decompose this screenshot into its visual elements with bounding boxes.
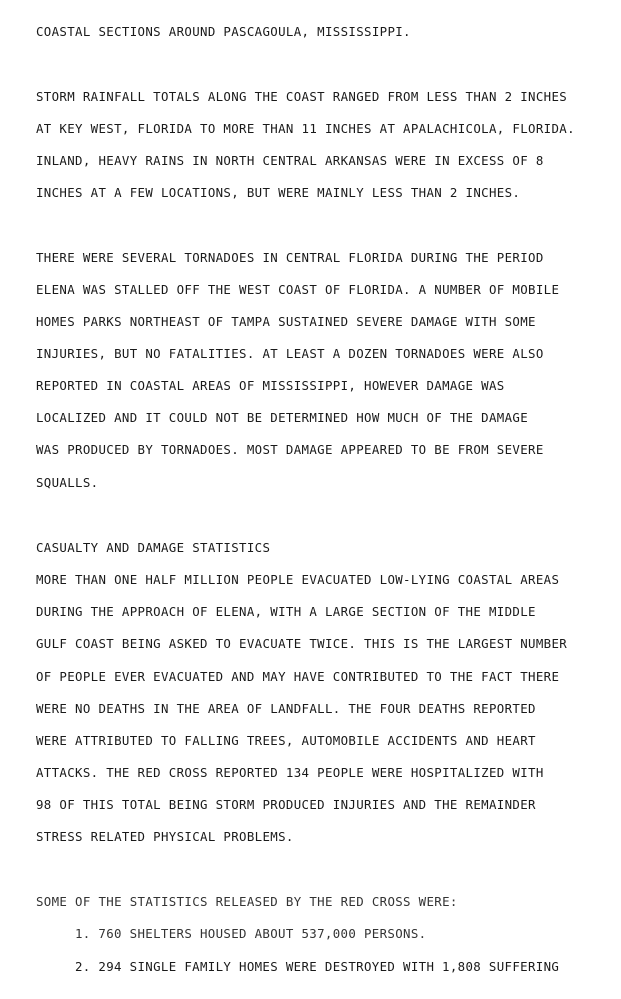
text-line: INJURIES, BUT NO FATALITIES. AT LEAST A … — [36, 347, 544, 361]
text-line: DURING THE APPROACH OF ELENA, WITH A LAR… — [36, 605, 536, 619]
text-line: INCHES AT A FEW LOCATIONS, BUT WERE MAIN… — [36, 186, 520, 200]
text-line: STRESS RELATED PHYSICAL PROBLEMS. — [36, 830, 294, 844]
list-item: 1. 760 SHELTERS HOUSED ABOUT 537,000 PER… — [75, 927, 426, 941]
text-line: SQUALLS. — [36, 476, 98, 490]
document-page: COASTAL SECTIONS AROUND PASCAGOULA, MISS… — [0, 0, 621, 999]
text-line: ELENA WAS STALLED OFF THE WEST COAST OF … — [36, 283, 559, 297]
text-line: WAS PRODUCED BY TORNADOES. MOST DAMAGE A… — [36, 443, 544, 457]
text-line: REPORTED IN COASTAL AREAS OF MISSISSIPPI… — [36, 379, 505, 393]
text-line: HOMES PARKS NORTHEAST OF TAMPA SUSTAINED… — [36, 315, 536, 329]
text-line: STORM RAINFALL TOTALS ALONG THE COAST RA… — [36, 90, 567, 104]
text-line: OF PEOPLE EVER EVACUATED AND MAY HAVE CO… — [36, 670, 559, 684]
text-line: WERE NO DEATHS IN THE AREA OF LANDFALL. … — [36, 702, 536, 716]
text-line: THERE WERE SEVERAL TORNADOES IN CENTRAL … — [36, 251, 544, 265]
text-line: LOCALIZED AND IT COULD NOT BE DETERMINED… — [36, 411, 528, 425]
section-heading: CASUALTY AND DAMAGE STATISTICS — [36, 541, 270, 555]
text-line: 98 OF THIS TOTAL BEING STORM PRODUCED IN… — [36, 798, 536, 812]
text-line: ATTACKS. THE RED CROSS REPORTED 134 PEOP… — [36, 766, 544, 780]
text-line: SOME OF THE STATISTICS RELEASED BY THE R… — [36, 895, 458, 909]
text-line: AT KEY WEST, FLORIDA TO MORE THAN 11 INC… — [36, 122, 575, 136]
text-line: COASTAL SECTIONS AROUND PASCAGOULA, MISS… — [36, 25, 411, 39]
text-line: MORE THAN ONE HALF MILLION PEOPLE EVACUA… — [36, 573, 559, 587]
text-line: GULF COAST BEING ASKED TO EVACUATE TWICE… — [36, 637, 567, 651]
text-line: WERE ATTRIBUTED TO FALLING TREES, AUTOMO… — [36, 734, 536, 748]
text-line: INLAND, HEAVY RAINS IN NORTH CENTRAL ARK… — [36, 154, 544, 168]
list-item: 2. 294 SINGLE FAMILY HOMES WERE DESTROYE… — [75, 960, 559, 974]
